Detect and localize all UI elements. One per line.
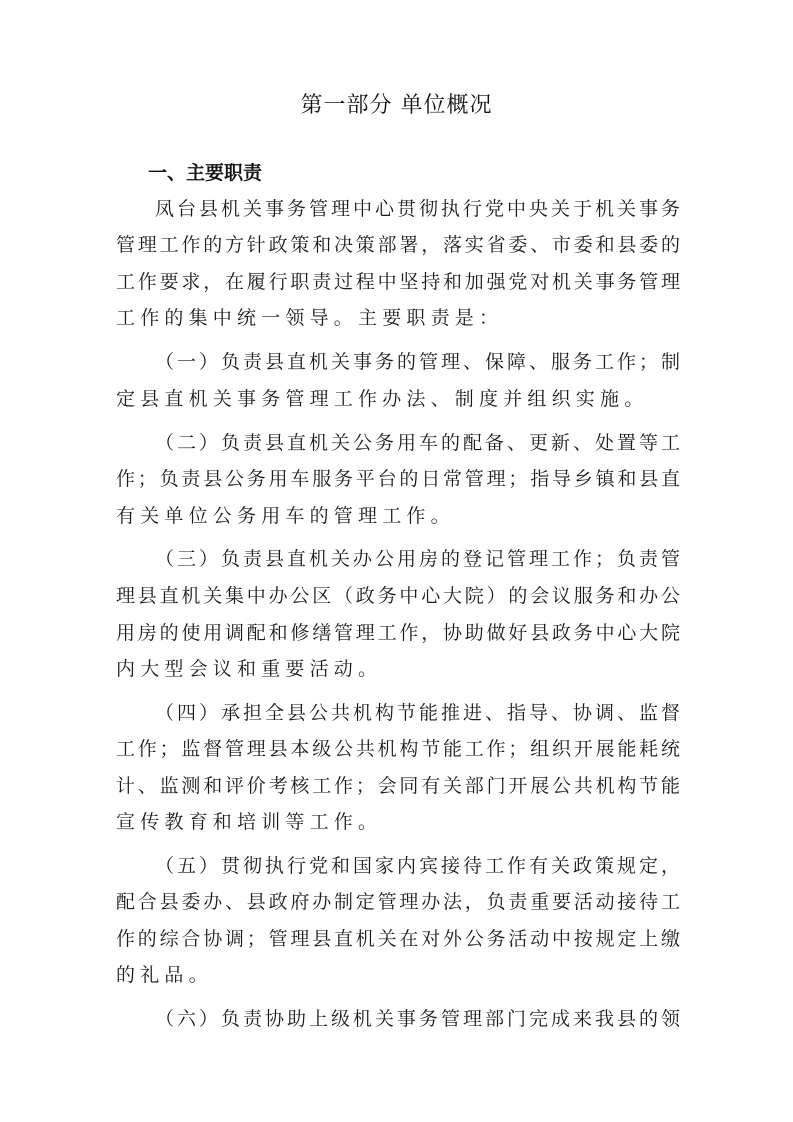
paragraph-line: 内大型会议和重要活动。 (116, 653, 680, 685)
paragraph-line: 定县直机关事务管理工作办法、制度并组织实施。 (116, 383, 680, 415)
document-page: 第一部分 单位概况 一、主要职责 凤台县机关事务管理中心贯彻执行党中央关于机关事… (0, 0, 793, 1122)
paragraph-line: 工作的集中统一领导。主要职责是： (116, 302, 680, 334)
paragraph-line: 计、监测和评价考核工作；会同有关部门开展公共机构节能 (116, 770, 680, 802)
paragraph-line: （四）承担全县公共机构节能推进、指导、协调、监督 (155, 697, 680, 729)
paragraph-line: 宣传教育和培训等工作。 (116, 806, 680, 838)
paragraph-line: 用房的使用调配和修缮管理工作，协助做好县政务中心大院 (116, 617, 680, 649)
paragraph-line: （一）负责县直机关事务的管理、保障、服务工作；制 (155, 346, 680, 378)
paragraph-line: 有关单位公务用车的管理工作。 (116, 500, 680, 532)
paragraph-line: （二）负责县直机关公务用车的配备、更新、处置等工 (155, 427, 680, 459)
paragraph-line: 工作；监督管理县本级公共机构节能工作；组织开展能耗统 (116, 733, 680, 765)
paragraph-line: 的礼品。 (116, 959, 680, 991)
paragraph-line: （五）贯彻执行党和国家内宾接待工作有关政策规定， (155, 850, 680, 882)
paragraph-line: （三）负责县直机关办公用房的登记管理工作；负责管 (155, 543, 680, 575)
page-title: 第一部分 单位概况 (0, 90, 793, 122)
section-heading: 一、主要职责 (148, 157, 262, 189)
paragraph-line: 作；负责县公务用车服务平台的日常管理；指导乡镇和县直 (116, 463, 680, 495)
paragraph-line: （六）负责协助上级机关事务管理部门完成来我县的领 (155, 1003, 680, 1035)
paragraph-line: 配合县委办、县政府办制定管理办法，负责重要活动接待工 (116, 886, 680, 918)
paragraph-line: 作的综合协调；管理县直机关在对外公务活动中按规定上缴 (116, 923, 680, 955)
paragraph-line: 凤台县机关事务管理中心贯彻执行党中央关于机关事务 (155, 193, 680, 225)
paragraph-line: 管理工作的方针政策和决策部署，落实省委、市委和县委的 (116, 229, 680, 261)
paragraph-line: 工作要求，在履行职责过程中坚持和加强党对机关事务管理 (116, 266, 680, 298)
paragraph-line: 理县直机关集中办公区（政务中心大院）的会议服务和办公 (116, 580, 680, 612)
